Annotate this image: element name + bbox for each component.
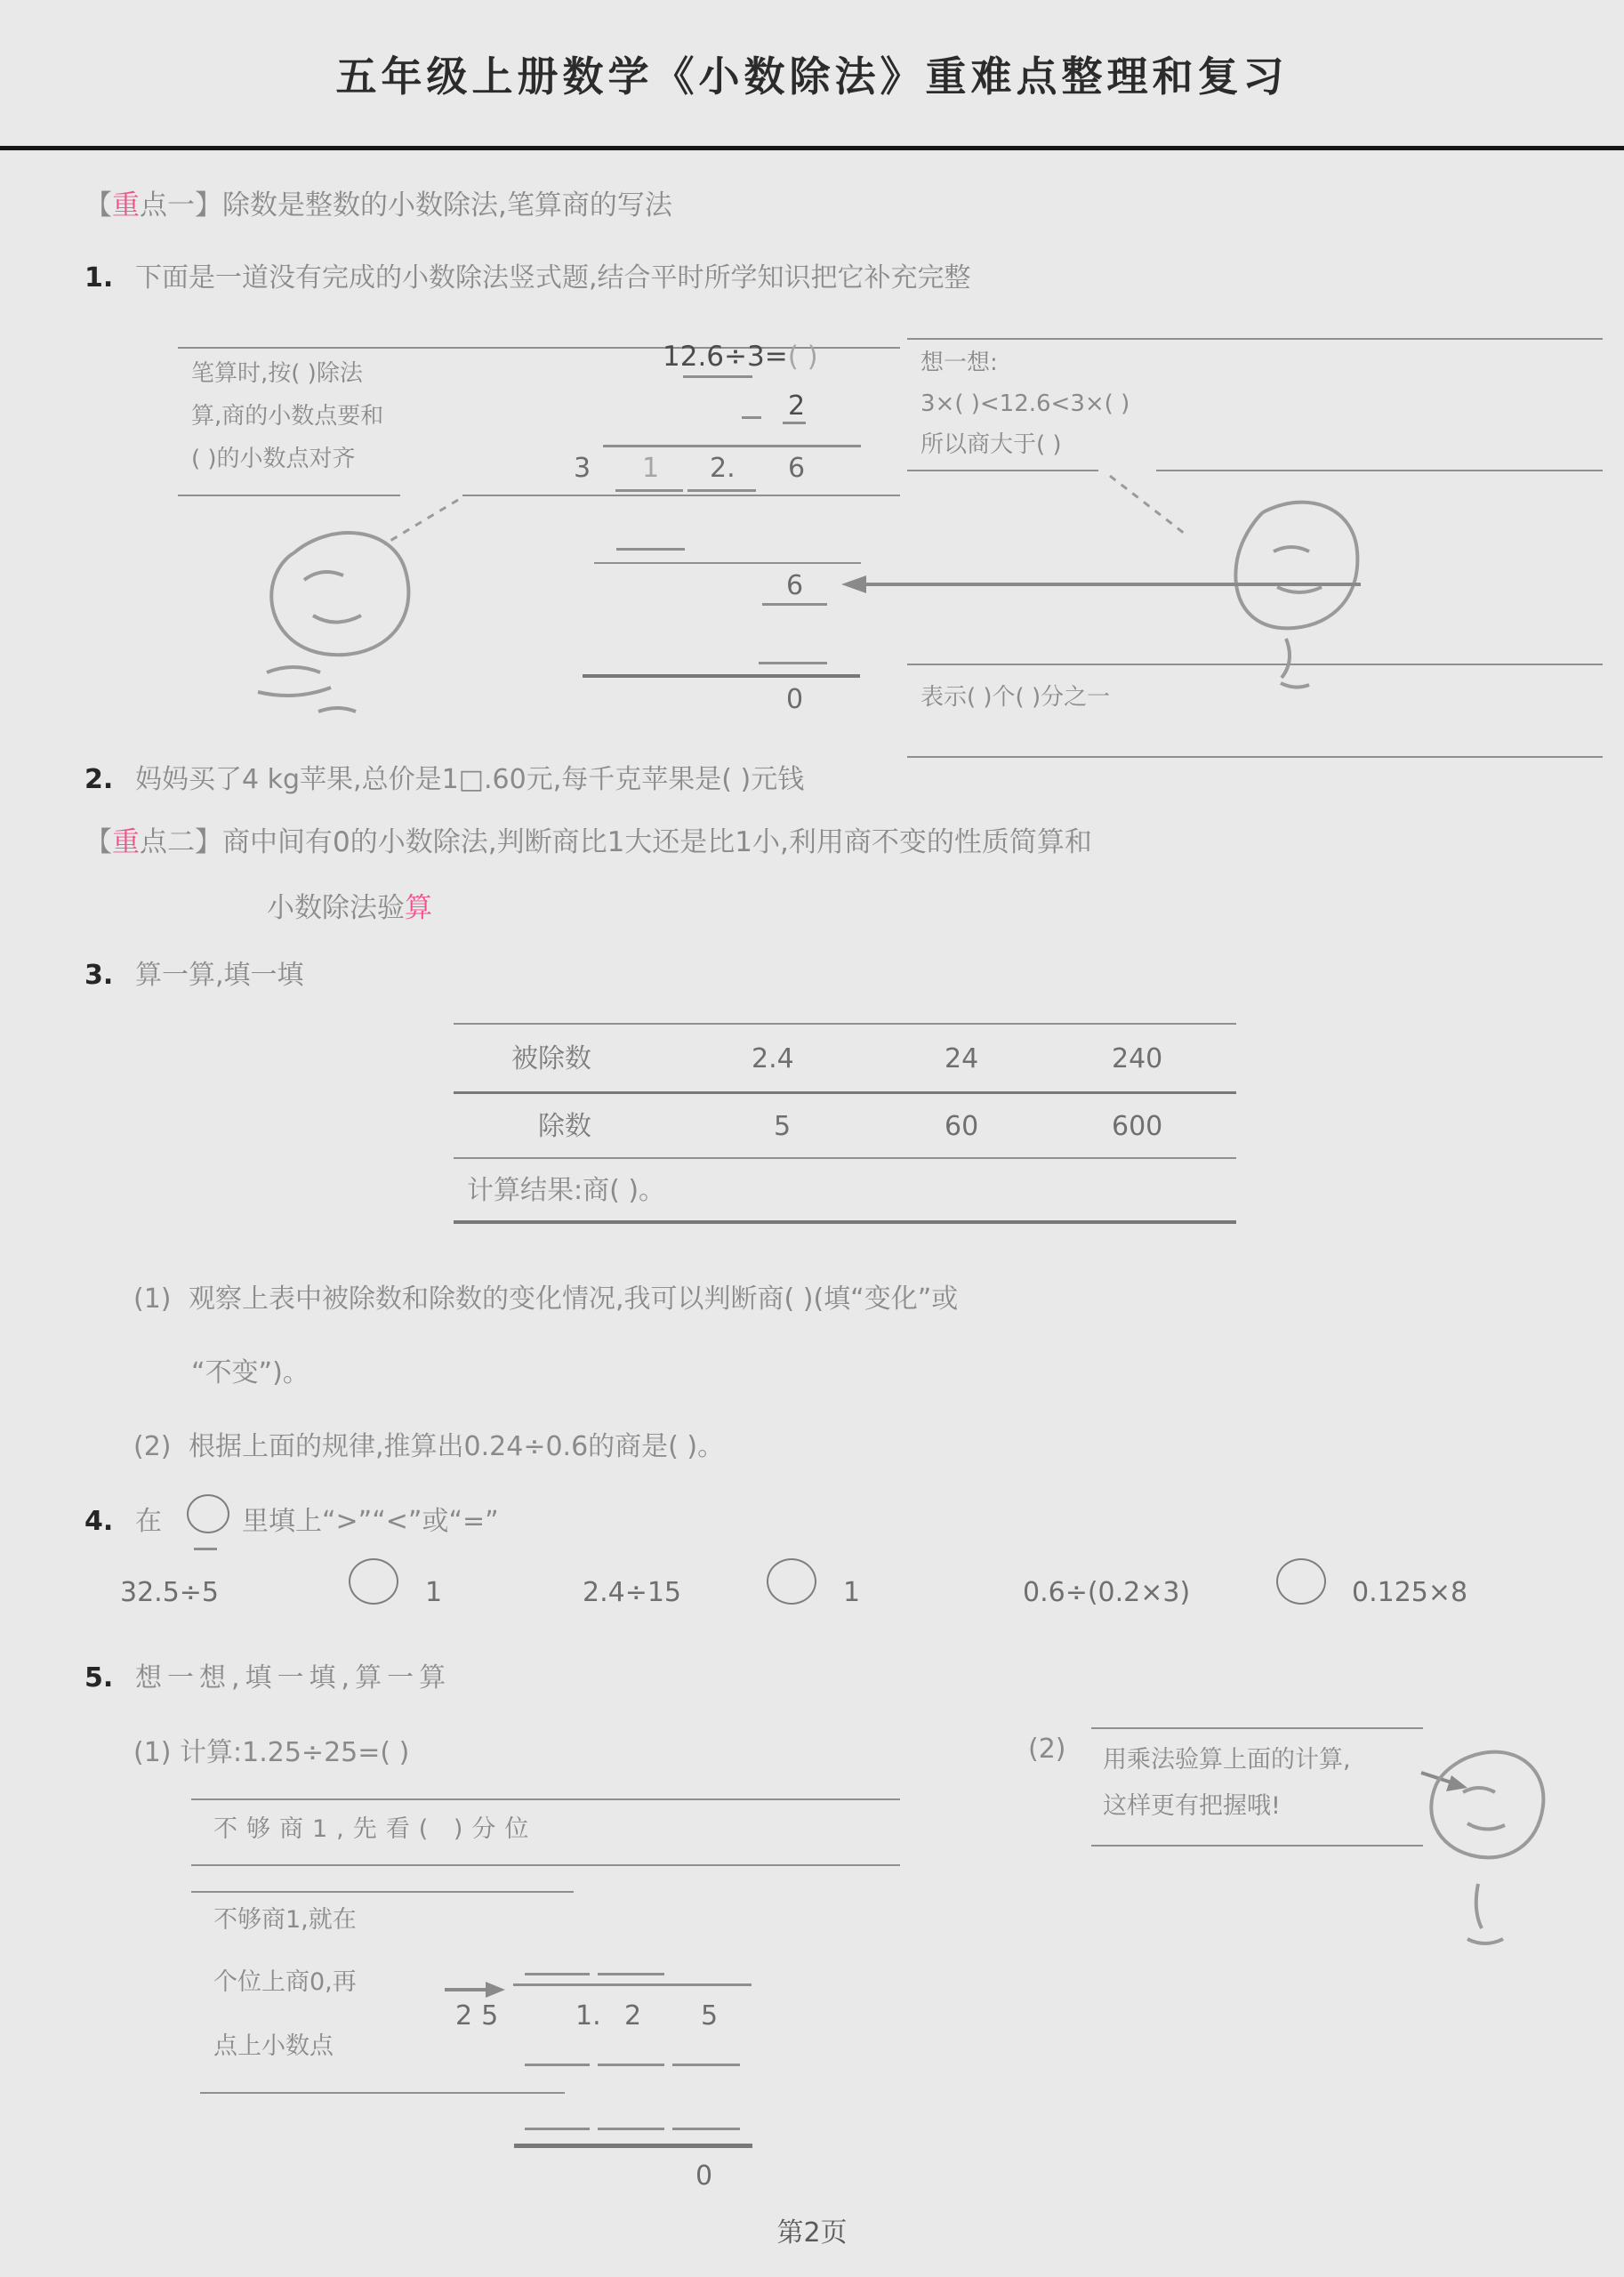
right-bubble-connector-dash	[1110, 476, 1185, 534]
left-bubble-connector-dash	[384, 500, 458, 544]
doodle-cartoon-left	[258, 533, 408, 712]
arrow-hint-to-division2	[445, 1982, 505, 1998]
annotations-layer	[0, 0, 1624, 2277]
worksheet-page: 五年级上册数学《小数除法》重难点整理和复习 【重点一】除数是整数的小数除法,笔算…	[0, 0, 1624, 2277]
doodle-cartoon-right	[1235, 503, 1357, 688]
